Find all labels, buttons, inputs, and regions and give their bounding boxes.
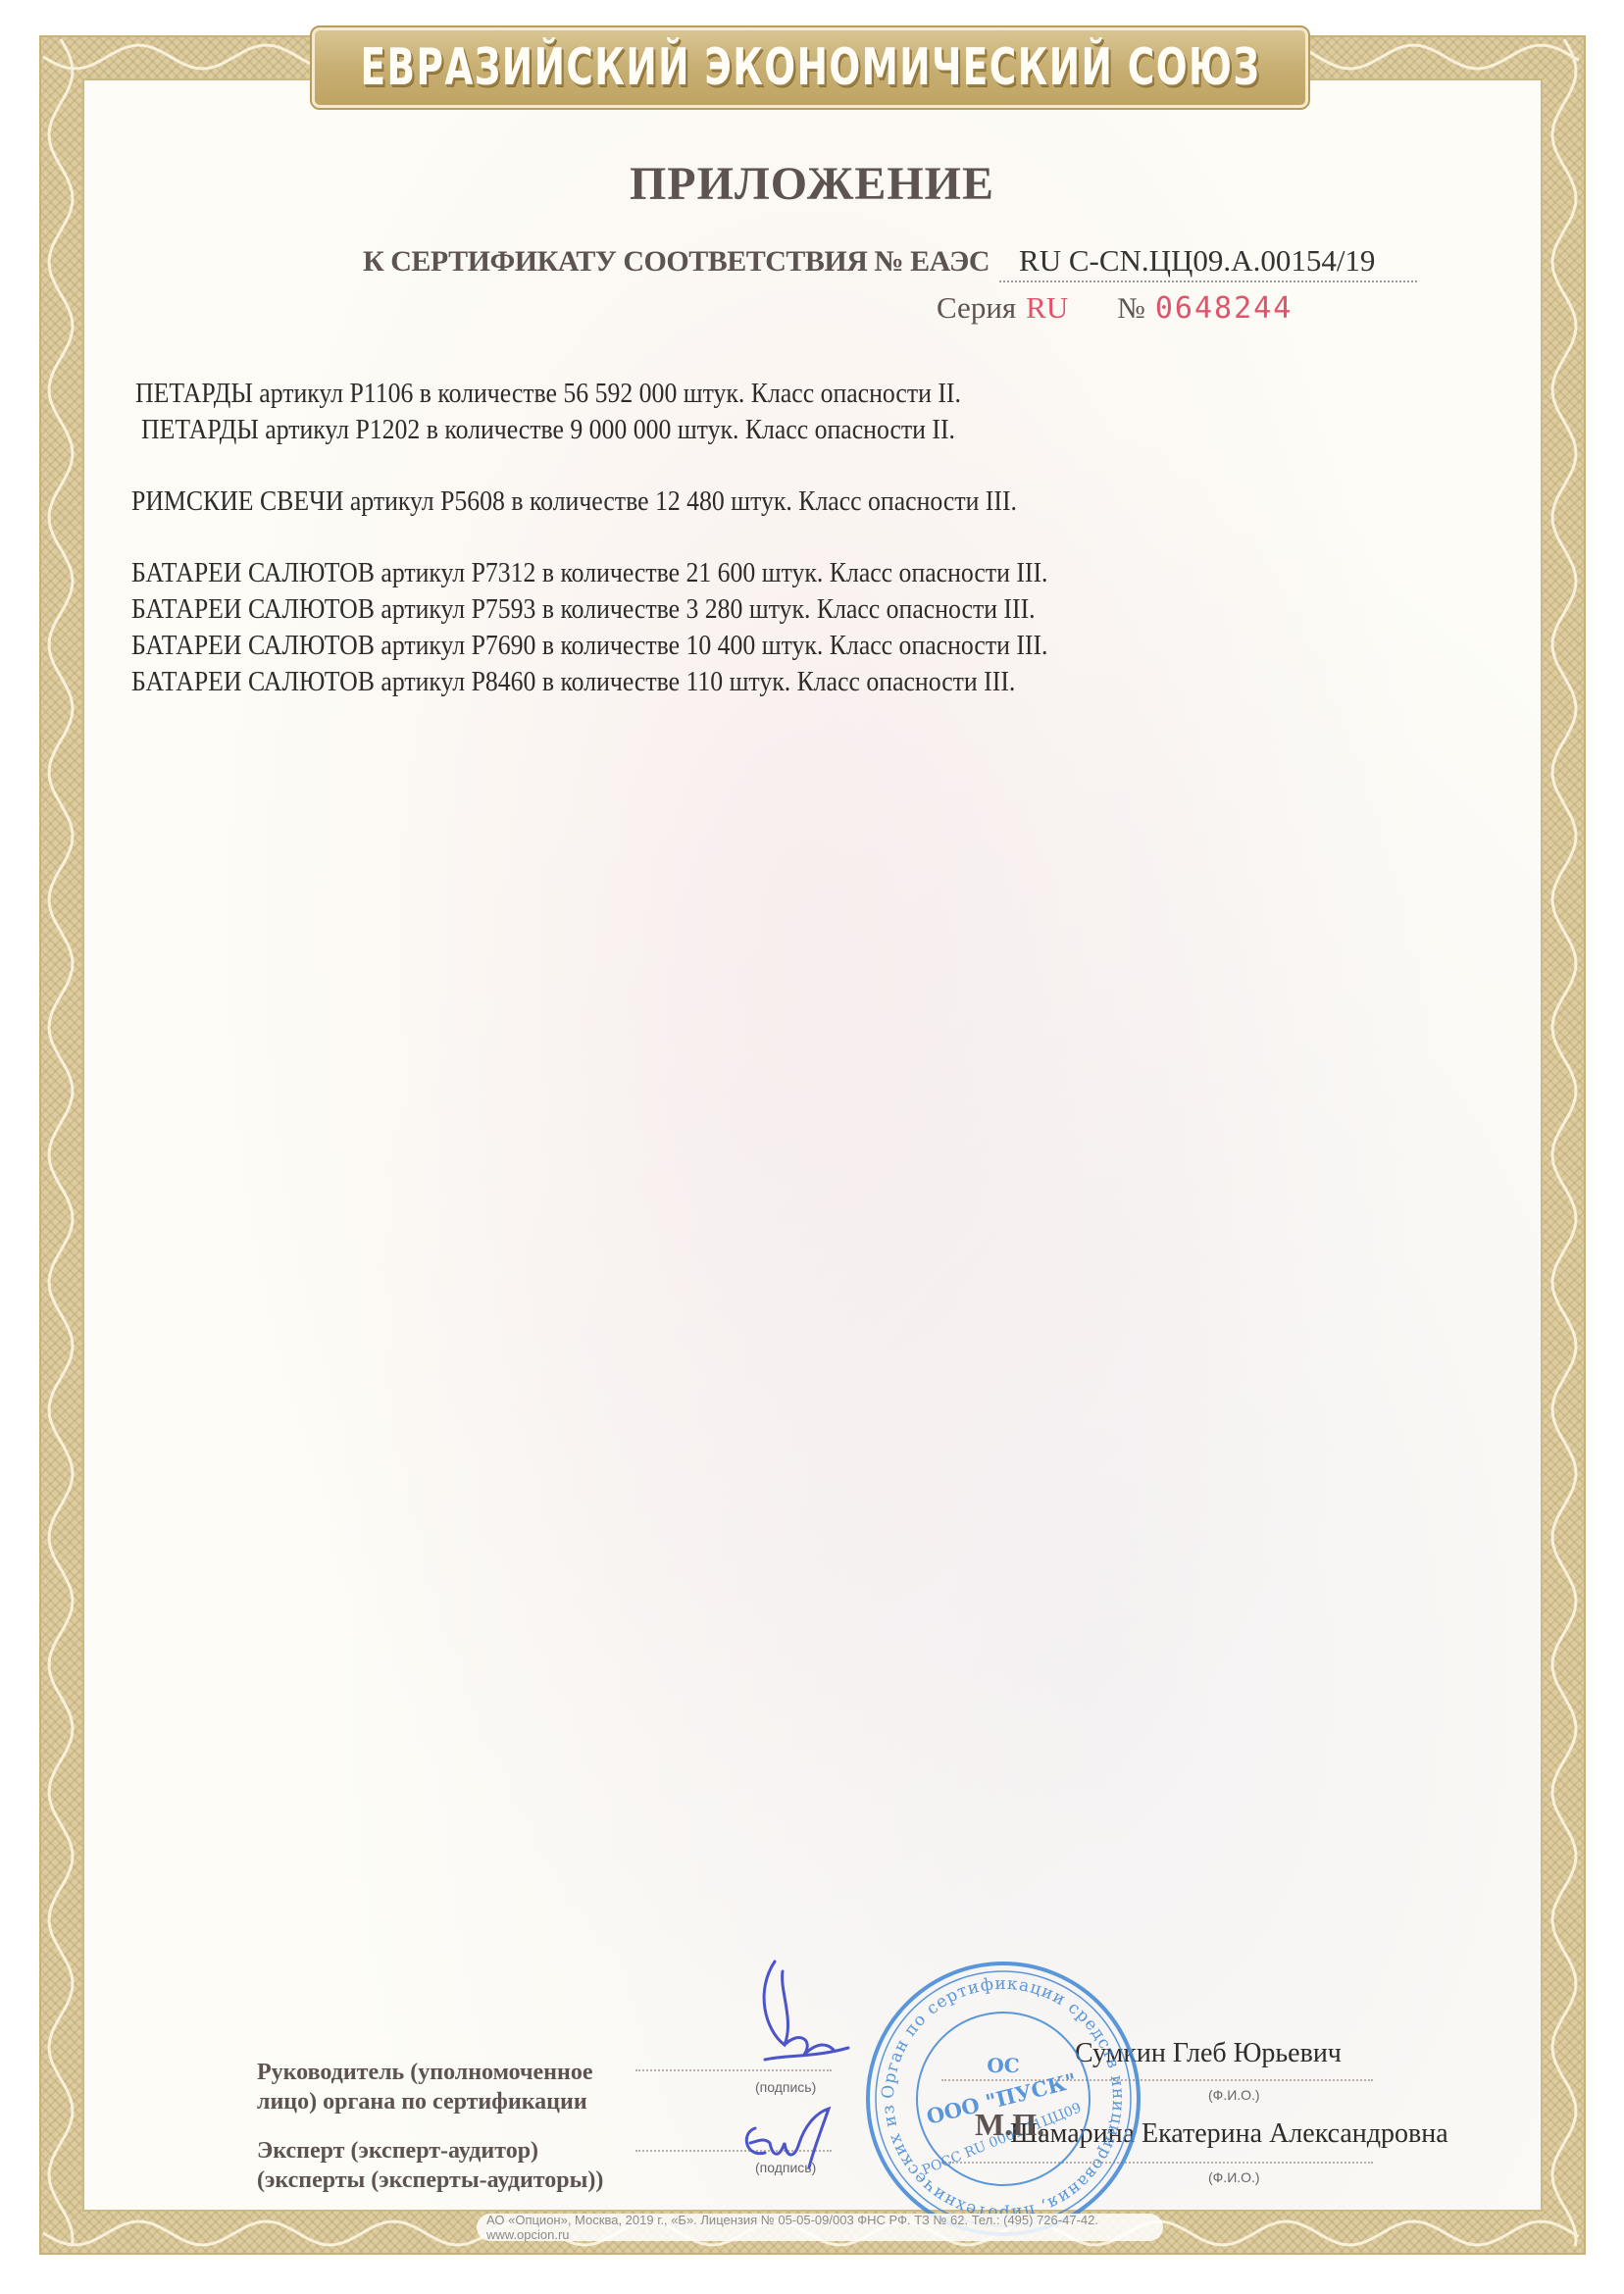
head-label-line-1: Руководитель (уполномоченное [257,2058,593,2087]
series-line: Серия RU № 0648244 [937,290,1293,326]
certificate-reference: К СЕРТИФИКАТУ СООТВЕТСТВИЯ № ЕАЭС RU С-C… [363,243,1417,282]
expert-signature [736,2099,843,2177]
list-item: ПЕТАРДЫ артикул P1202 в количестве 9 000… [141,412,1048,448]
list-item: БАТАРЕИ САЛЮТОВ артикул P8460 в количест… [131,664,1048,700]
official-stamp: Орган по сертификации средств инициирова… [861,1957,1145,2241]
list-item: БАТАРЕИ САЛЮТОВ артикул P7593 в количест… [131,591,1048,628]
page-title: ПРИЛОЖЕНИЕ [0,157,1624,211]
blank-number: 0648244 [1155,291,1293,326]
printer-info: АО «Опцион», Москва, 2019 г., «Б». Лицен… [477,2214,1163,2241]
expert-label: Эксперт (эксперт-аудитор) (эксперты (экс… [257,2136,603,2195]
list-item: БАТАРЕИ САЛЮТОВ артикул P7312 в количест… [131,555,1048,591]
head-label: Руководитель (уполномоченное лицо) орган… [257,2058,593,2116]
seal-mark: М.П. [975,2107,1044,2143]
certificate-number: RU С-CN.ЦЦ09.А.00154/19 [999,243,1417,282]
expert-label-line-2: (эксперты (эксперты-аудиторы)) [257,2166,603,2195]
number-sign: № [1117,292,1145,326]
banner-title: ЕВРАЗИЙСКИЙ ЭКОНОМИЧЕСКИЙ СОЮЗ [360,38,1260,97]
list-item: ПЕТАРДЫ артикул P1106 в количестве 56 59… [135,376,1048,412]
certificate-label: К СЕРТИФИКАТУ СООТВЕТСТВИЯ № ЕАЭС [363,245,990,279]
head-signature [745,1952,853,2089]
expert-label-line-1: Эксперт (эксперт-аудитор) [257,2136,603,2166]
stamp-center-1: ОС [987,2054,1019,2077]
head-label-line-2: лицо) органа по сертификации [257,2087,593,2116]
series-value: RU [1026,290,1068,326]
head-name-caption: (Ф.И.О.) [1208,2087,1260,2103]
list-item: БАТАРЕИ САЛЮТОВ артикул P7690 в количест… [131,628,1048,664]
expert-name-caption: (Ф.И.О.) [1208,2169,1260,2185]
product-list: ПЕТАРДЫ артикул P1106 в количестве 56 59… [131,376,1128,700]
list-item: РИМСКИЕ СВЕЧИ артикул P5608 в количестве… [131,484,1048,520]
eaeu-banner: ЕВРАЗИЙСКИЙ ЭКОНОМИЧЕСКИЙ СОЮЗ [312,27,1308,108]
series-label: Серия [937,290,1016,326]
